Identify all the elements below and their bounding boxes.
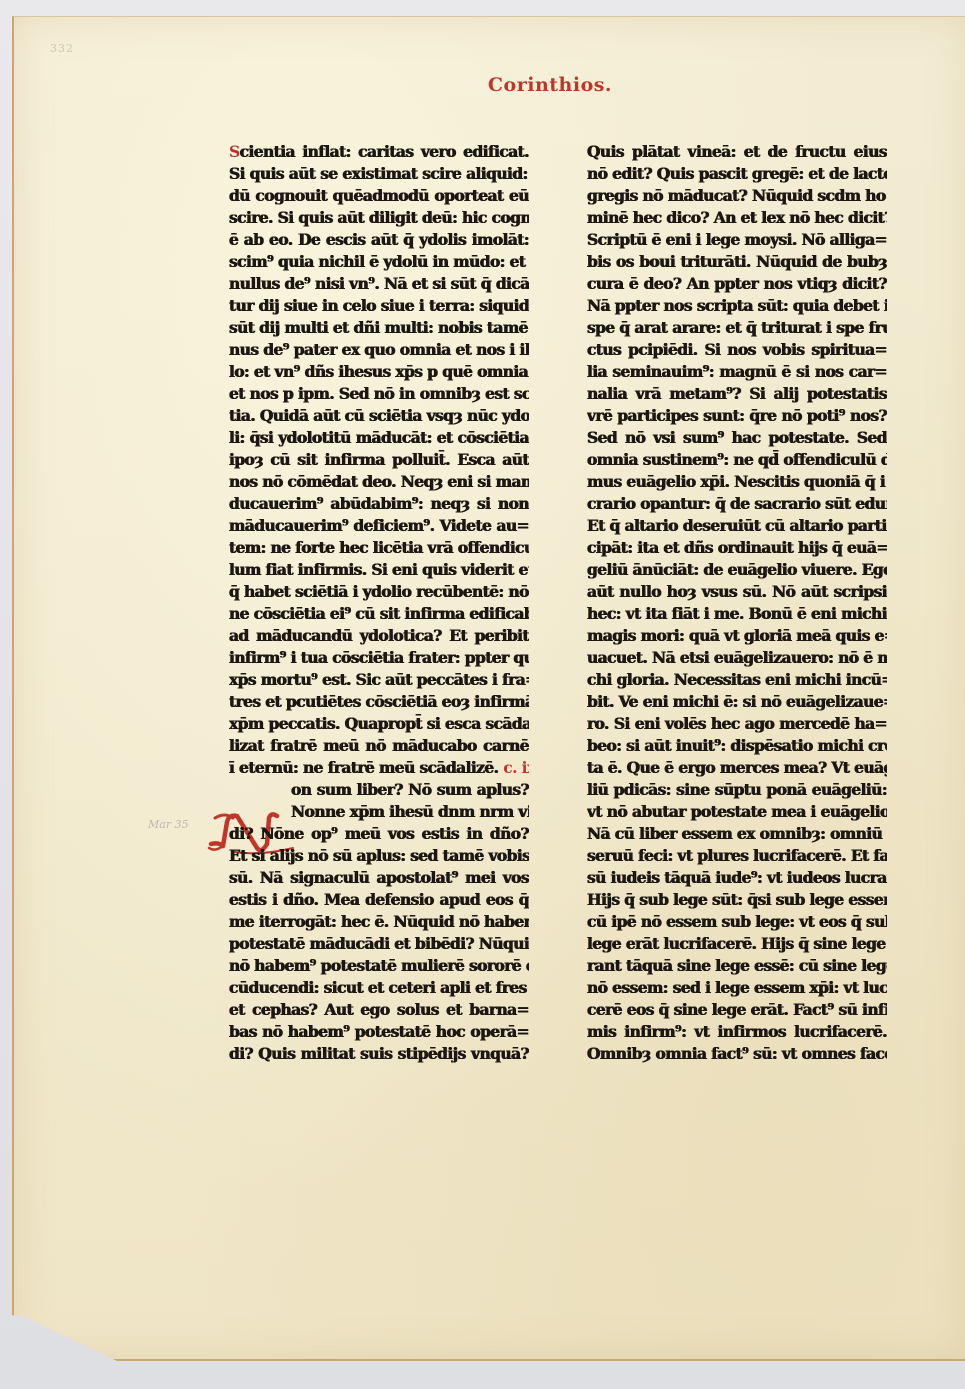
text-line: xp̄s mortu⁹ est. Sic aūt peccātes i fra=: [229, 669, 529, 691]
text-line: Omnibȝ omnia fact⁹ sū: vt omnes facerē: [587, 1043, 887, 1065]
text-line: ctus pcipiēdi. Si nos vobis spiritua=: [587, 339, 887, 361]
folio-number: 332: [50, 42, 74, 55]
text-line: sū iudeis tāquā iude⁹: vt iudeos lucrare…: [587, 867, 887, 889]
chapter-marker: c. ix.: [503, 758, 529, 777]
text-line: di? Nōne op⁹ meū vos estis in dño?: [229, 823, 529, 845]
text-line: Sed nō vsi sum⁹ hac potestate. Sed: [587, 427, 887, 449]
text-line: xp̄m peccatis. Quapropt̄ si esca scāda=: [229, 713, 529, 735]
text-line: et cephas? Aut ego solus et barna=: [229, 999, 529, 1021]
text-line: Et si alijs nō sū aplus: sed tamē vobis: [229, 845, 529, 867]
text-line: cerē eos q̄ sine lege erāt. Fact⁹ sū inf…: [587, 999, 887, 1021]
text-line: cū ipē nō essem sub lege: vt eos q̄ sub: [587, 911, 887, 933]
margin-note: Mar 35: [148, 818, 189, 831]
text-line: māducauerim⁹ deficiem⁹. Videte au=: [229, 515, 529, 537]
text-line: tia. Quidā aūt cū sciētia vsqȝ nūc ydo=: [229, 405, 529, 427]
text-line: ro. Si eni volēs hec ago mercedē ha=: [587, 713, 887, 735]
text-line: ē ab eo. De escis aūt q̄ ydolis imolāt:: [229, 229, 529, 251]
text-line: cipāt: ita et dñs ordinauit hijs q̄ euā=: [587, 537, 887, 559]
text-line: uacuet. Nā etsi euāgelizauero: nō ē mi=: [587, 647, 887, 669]
text-line: Nonne xp̄m ihesū dnm nrm vi=: [229, 801, 529, 823]
text-line: lizat fratrē meū nō māducabo carnē: [229, 735, 529, 757]
text-line: dū cognouit quēadmodū oporteat eū: [229, 185, 529, 207]
text-line: omnia sustinem⁹: ne qd̄ offendiculū de=: [587, 449, 887, 471]
text-line: nō essem: sed i lege essem xp̄i: vt lucr…: [587, 977, 887, 999]
text-line: aūt nullo hoȝ vsus sū. Nō aūt scripsi: [587, 581, 887, 603]
text-line: scim⁹ quia nichil ē ydolū in mūdo: et q̄: [229, 251, 529, 273]
text-line: sūt dij multi et dñi multi: nobis tamē v…: [229, 317, 529, 339]
text-line: tur dij siue in celo siue i terra: siqui…: [229, 295, 529, 317]
text-line: nos nō cōmēdat deo. Neqȝ eni si man=: [229, 471, 529, 493]
text-line: bas nō habem⁹ potestatē hoc operā=: [229, 1021, 529, 1043]
text-line: mus euāgelio xp̄i. Nescitis quoniā q̄ i …: [587, 471, 887, 493]
text-line: nō edit? Quis pascit gregē: et de lacte: [587, 163, 887, 185]
text-line: gregis nō māducat? Nūquid scdm ho=: [587, 185, 887, 207]
text-line: Quis plātat vineā: et de fructu eius: [587, 141, 887, 163]
text-line: potestatē māducādi et bibēdi? Nūquid: [229, 933, 529, 955]
text-line: bit. Ve eni michi ē: si nō euāgelizaue=: [587, 691, 887, 713]
text-line: ducauerim⁹ abūdabim⁹: neqȝ si non: [229, 493, 529, 515]
text-line: Si quis aūt se existimat scire aliquid: …: [229, 163, 529, 185]
text-line: geliū ānūciāt: de euāgelio viuere. Ego: [587, 559, 887, 581]
text-line: lum fiat infirmis. Si eni quis viderit e…: [229, 559, 529, 581]
text-line: lia seminauim⁹: magnū ē si nos car=: [587, 361, 887, 383]
text-line: ad māducandū ydolotica? Et peribit: [229, 625, 529, 647]
text-line: di? Quis militat suis stipēdijs vnquā?: [229, 1043, 529, 1065]
text-line: liū pdicās: sine sūptu ponā euāgeliū:: [587, 779, 887, 801]
running-head: Corinthios.: [0, 74, 965, 96]
text-line: mis infirm⁹: vt infirmos lucrifacerē.: [587, 1021, 887, 1043]
text-line: infirm⁹ i tua cōsciētia frater: ppter qu…: [229, 647, 529, 669]
text-line: cura ē deo? An ppter nos vtiqȝ dicit?: [587, 273, 887, 295]
text-line: crario opantur: q̄ de sacrario sūt edunt…: [587, 493, 887, 515]
text-line: lege erāt lucrifacerē. Hijs q̄ sine lege…: [587, 933, 887, 955]
text-line: ta ē. Que ē ergo merces mea? Vt euāge=: [587, 757, 887, 779]
text-line: lo: et vn⁹ dñs ihesus xp̄s p quē omnia:: [229, 361, 529, 383]
text-line: ne cōsciētia ei⁹ cū sit infirma edificab…: [229, 603, 529, 625]
text-line: li: q̄si ydolotitū māducāt: et cōsciētia: [229, 427, 529, 449]
text-line: cūducendi: sicut et ceteri apli et fres …: [229, 977, 529, 999]
text-line: on sum liber? Nō sum aplus?: [229, 779, 529, 801]
text-line: rant tāquā sine lege essē: cū sine lege …: [587, 955, 887, 977]
text-line: Hijs q̄ sub lege sūt: q̄si sub lege esse…: [587, 889, 887, 911]
text-line: vrē participes sunt: q̄re nō poti⁹ nos?: [587, 405, 887, 427]
text-line: spe q̄ arat arare: et q̄ triturat i spe …: [587, 317, 887, 339]
text-line: me iterrogāt: hec ē. Nūquid nō habem⁹: [229, 911, 529, 933]
text-line: minē hec dico? An et lex nō hec dicit?: [587, 207, 887, 229]
text-line: bis os boui triturāti. Nūquid de bubȝ: [587, 251, 887, 273]
text-line: nullus de⁹ nisi vn⁹. Nā et si sūt q̄ dic…: [229, 273, 529, 295]
text-line: Scriptū ē eni i lege moysi. Nō alliga=: [587, 229, 887, 251]
text-line: sū. Nā signaculū apostolat⁹ mei vos: [229, 867, 529, 889]
text-line: ipoȝ cū sit infirma polluit̄. Esca aūt: [229, 449, 529, 471]
text-line: tres et pcutiētes cōsciētiā eoȝ infirmā:…: [229, 691, 529, 713]
text-line: et nos p ipm. Sed nō in omnibȝ est sciē=: [229, 383, 529, 405]
text-line: vt nō abutar potestate mea i euāgelio.: [587, 801, 887, 823]
text-line-with-chapter-marker: ī eternū: ne fratrē meū scādalizē. c. ix…: [229, 757, 529, 779]
text-column-right: Quis plātat vineā: et de fructu eius nō …: [587, 141, 887, 1065]
text-line: chi gloria. Necessitas eni michi incū=: [587, 669, 887, 691]
text-line: nalia vrā metam⁹? Si alij potestatis: [587, 383, 887, 405]
text-line: nō habem⁹ potestatē mulierē sororē cir=: [229, 955, 529, 977]
text-line: Nā ppter nos scripta sūt: quia debet in: [587, 295, 887, 317]
text-line: nus de⁹ pater ex quo omnia et nos i il=: [229, 339, 529, 361]
text-line: beo: si aūt inuit⁹: dispēsatio michi cre…: [587, 735, 887, 757]
text-line: scire. Si quis aūt diligit deū: hic cogn…: [229, 207, 529, 229]
text-line: estis i dño. Mea defensio apud eos q̄: [229, 889, 529, 911]
text-line: Nā cū liber essem ex omnibȝ: omniū me: [587, 823, 887, 845]
text-line: hec: vt ita fiāt i me. Bonū ē eni michi: [587, 603, 887, 625]
text-line: magis mori: quā vt gloriā meā quis e=: [587, 625, 887, 647]
text-column-left: Scientia inflat: caritas vero edificat. …: [229, 141, 529, 1065]
text-line: q̄ habet sciētiā i ydolio recūbentē: nō=: [229, 581, 529, 603]
text-line: seruū feci: vt plures lucrifacerē. Et fa…: [587, 845, 887, 867]
text-line: Et q̄ altario deseruiūt cū altario parti…: [587, 515, 887, 537]
text-line: Scientia inflat: caritas vero edificat.: [229, 141, 529, 163]
text-line: tem: ne forte hec licētia vrā offendicu=: [229, 537, 529, 559]
